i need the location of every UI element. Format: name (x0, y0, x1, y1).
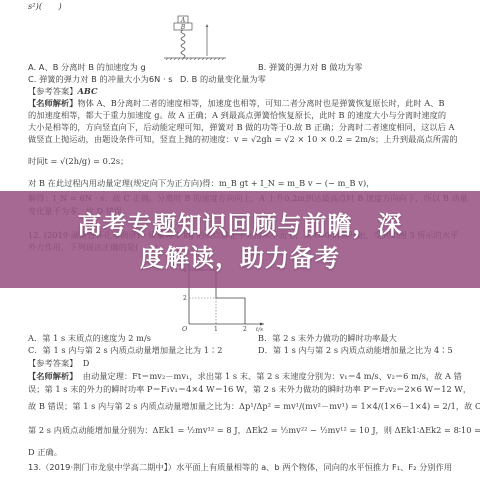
banner-title-line-2: 度解读，助力备考 (0, 243, 480, 273)
answer-value: D (83, 358, 90, 368)
q12-analysis-4: 第 2 s 内质点动能增加量分别为：ΔEk1 = ½mv¹² = 8 J，ΔEk… (28, 425, 480, 436)
q12-option-c: C．第 1 s 内与第 2 s 内质点动量增加量之比为 1∶2 (28, 345, 222, 355)
analysis-label: 【名师解析】 (28, 98, 77, 108)
q11-analysis-3: 大小是相等的，方向竖直向下，后动能定理可知，弹簧对 B 做的功等于0.故 B 正… (28, 122, 454, 133)
q12-analysis-2: 误；第 1 s 末的外力的瞬时功率 P＝F₁v₁＝4×4 W＝16 W，第 2 … (28, 384, 471, 395)
q11-option-d: D. B 的动量变化量为零 (180, 74, 266, 85)
q12-option-a: A．第 1 s 末质点的速度为 2 m/s (28, 333, 151, 343)
q12-option-row-2: C．第 1 s 内与第 2 s 内质点动量增加量之比为 1∶2 D．第 1 s … (28, 345, 222, 356)
q11-analysis-4: 做竖直上抛运动，由题设条件可知，竖直上抛的初速度：v = √2gh = √2 ×… (28, 134, 458, 145)
q11-stem-tail: s²)( ) (28, 1, 62, 12)
q11-analysis-6: 对 B 在此过程内用动量定理(规定向下为正方向)得：m_B gt + I_N =… (28, 178, 374, 189)
q13-stem-1: 13.（2019·荆门市龙泉中学高二期中】）水平面上有质量相等的 a、b 两个物… (28, 462, 452, 473)
y-tick-2: 2 (183, 295, 187, 302)
q11-option-b: B. 弹簧的弹力对 B 做功为零 (258, 62, 362, 73)
q11-answer: 【参考答案】ABC (28, 86, 98, 97)
q12-option-b: B．第 2 s 末外力做功的瞬时功率最大 (258, 333, 397, 344)
q12-analysis-3: 故 B 错误；第 1 s 内与第 2 s 内质点动量增加量之比为：Δp¹/Δp²… (28, 401, 480, 412)
x-tick-2: 2 (243, 326, 247, 333)
banner-title-line-1: 高考专题知识回顾与前瞻，深 (0, 210, 480, 240)
q11-option-row-1: A. A、B 分离时 B 的加速度为 g B. 弹簧的弹力对 B 做功为零 (28, 62, 146, 73)
analysis-label: 【名师解析】 (28, 371, 77, 381)
q11-analysis-2: 的加速度相等，都大于重力加速度 g。故 A 正确；A 到最高点弹簧恰恢复原长，此… (28, 110, 446, 121)
q11-option-a: A. A、B 分离时 B 的加速度为 g (28, 62, 146, 72)
q12-option-d: D．第 1 s 内与第 2 s 内质点动能增加量之比为 4∶5 (258, 345, 453, 356)
answer-label: 【参考答案】 (28, 358, 77, 368)
origin-label: O (182, 325, 188, 333)
q12-answer: 【参考答案】 D (28, 358, 89, 369)
analysis-text: 由动量定理：Ft＝mv₂－mv₁，求出第 1 s 末、第 2 s 末速度分别为：… (83, 371, 462, 381)
q11-option-row-2: C. 弹簧的弹力对 B 的冲量大小为6N · s D. B 的动量变化量为零 (28, 74, 173, 85)
q12-analysis-1: 【名师解析】 由动量定理：Ft＝mv₂－mv₁，求出第 1 s 末、第 2 s … (28, 371, 462, 382)
q11-analysis-1: 【名师解析】物体 A、B分离时二者的速度相等，加速度也相等，可知二者分离时也是弹… (28, 98, 445, 109)
spring-block-diagram: A B (160, 14, 230, 60)
q11-option-c: C. 弹簧的弹力对 B 的冲量大小为6N · s (28, 74, 173, 84)
q11-analysis-5: 时间t = √(2h/g) = 0.2s； (28, 156, 128, 167)
x-tick-1: 1 (214, 326, 218, 333)
document-page: s²)( ) A B A. A、B 分离时 B 的加速度为 g B. 弹簧的弹力… (0, 0, 480, 480)
q12-option-row-1: A．第 1 s 末质点的速度为 2 m/s B．第 2 s 末外力做功的瞬时功率… (28, 333, 151, 344)
q12-analysis-5: D 正确。 (28, 447, 62, 458)
analysis-text: 物体 A、B分离时二者的速度相等，加速度也相等，可知二者分离时也是弹簧恢复原长时… (77, 98, 444, 108)
answer-label: 【参考答案】 (28, 86, 77, 96)
answer-value: ABC (77, 86, 97, 96)
